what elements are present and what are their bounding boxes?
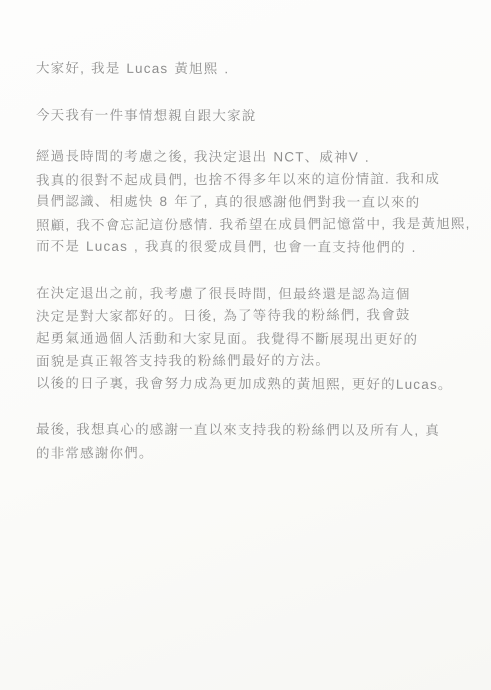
letter-body: 大家好, 我是 Lucas 黃旭熙 . 今天我有一件事情想親自跟大家說 經過長時… <box>36 58 465 464</box>
letter-line: 照顧, 我不會忘記這份感情. 我希望在成員們記憶當中, 我是黃旭熙, <box>36 213 465 237</box>
letter-line: 大家好, 我是 Lucas 黃旭熙 . <box>36 58 465 82</box>
letter-line: 在決定退出之前, 我考慮了很長時間, 但最終還是認為這個 <box>36 282 465 306</box>
letter-line: 起勇氣通過個人活動和大家見面。我覺得不斷展現出更好的 <box>36 327 465 351</box>
letter-line: 的非常感謝你們。 <box>36 441 465 465</box>
intro-paragraph: 今天我有一件事情想親自跟大家說 <box>36 105 465 128</box>
letter-line: 今天我有一件事情想親自跟大家說 <box>36 104 465 128</box>
letter-line: 員們認識、相處快 8 年了, 真的很感謝他們對我一直以來的 <box>36 191 465 215</box>
letter-line: 最後, 我想真心的感謝一直以來支持我的粉絲們以及所有人, 真 <box>36 419 465 443</box>
letter-line: 面貌是真正報答支持我的粉絲們最好的方法。 <box>36 349 465 373</box>
decision-paragraph: 在決定退出之前, 我考慮了很長時間, 但最終還是認為這個 決定是對大家都好的。日… <box>36 283 465 396</box>
letter-page: 大家好, 我是 Lucas 黃旭熙 . 今天我有一件事情想親自跟大家說 經過長時… <box>0 0 491 690</box>
letter-line: 經過長時間的考慮之後, 我決定退出 NCT、威神V . <box>36 146 465 170</box>
letter-line: 我真的很對不起成員們, 也捨不得多年以來的這份情誼. 我和成 <box>36 168 465 192</box>
announcement-paragraph: 經過長時間的考慮之後, 我決定退出 NCT、威神V . 我真的很對不起成員們, … <box>36 146 465 259</box>
greeting-paragraph: 大家好, 我是 Lucas 黃旭熙 . <box>36 58 465 81</box>
letter-line: 以後的日子裏, 我會努力成為更加成熟的黃旭熙, 更好的Lucas。 <box>36 372 465 396</box>
letter-line: 而不是 Lucas , 我真的很愛成員們, 也會一直支持他們的 . <box>36 236 465 260</box>
thanks-paragraph: 最後, 我想真心的感謝一直以來支持我的粉絲們以及所有人, 真 的非常感謝你們。 <box>36 419 465 464</box>
letter-line: 決定是對大家都好的。日後, 為了等待我的粉絲們, 我會鼓 <box>36 304 465 328</box>
